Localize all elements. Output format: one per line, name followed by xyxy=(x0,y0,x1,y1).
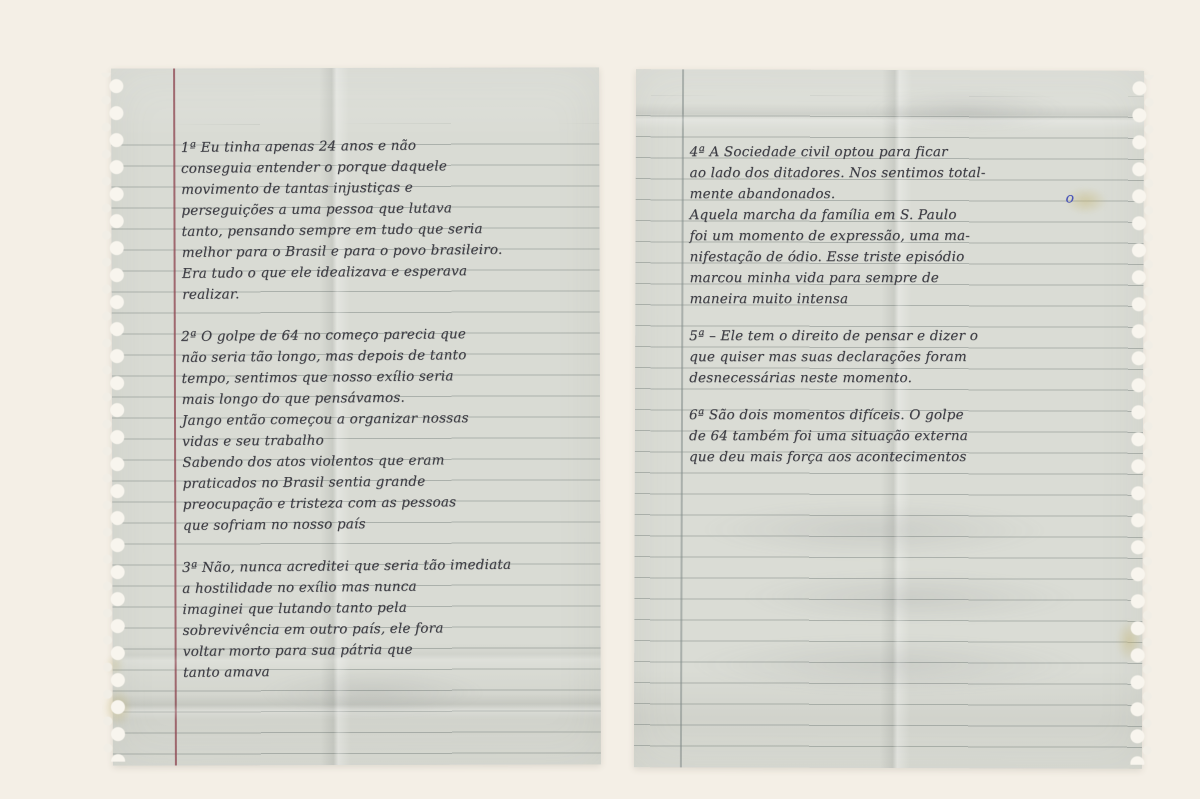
ink-show-through xyxy=(694,634,1084,695)
handwritten-paragraph-6: 6ª São dois momentos difíceis. O golpe d… xyxy=(689,405,1135,468)
ink-show-through xyxy=(705,499,1045,560)
notebook-page-right: 4ª A Sociedade civil optou para ficar ao… xyxy=(634,69,1144,769)
torn-spiral-holes xyxy=(97,73,131,762)
ink-show-through xyxy=(866,88,1066,134)
handwritten-text-left: 1ª Eu tinha apenas 24 anos e não consegu… xyxy=(181,135,596,703)
ink-show-through xyxy=(744,570,1074,626)
blue-ink-mark: o xyxy=(1066,191,1074,207)
photo-background: 1ª Eu tinha apenas 24 anos e não consegu… xyxy=(0,0,1200,799)
handwritten-paragraph-3: 3ª Não, nunca acreditei que seria tão im… xyxy=(182,554,597,684)
handwritten-paragraph-5: 5ª – Ele tem o direito de pensar e dizer… xyxy=(689,326,1135,389)
handwritten-paragraph-1: 1ª Eu tinha apenas 24 anos e não consegu… xyxy=(181,134,597,306)
notebook-page-left: 1ª Eu tinha apenas 24 anos e não consegu… xyxy=(111,67,601,765)
handwritten-paragraph-2: 2ª O golpe de 64 no começo parecia que n… xyxy=(181,323,597,537)
handwritten-paragraph-4: 4ª A Sociedade civil optou para ficar ao… xyxy=(690,142,1136,310)
